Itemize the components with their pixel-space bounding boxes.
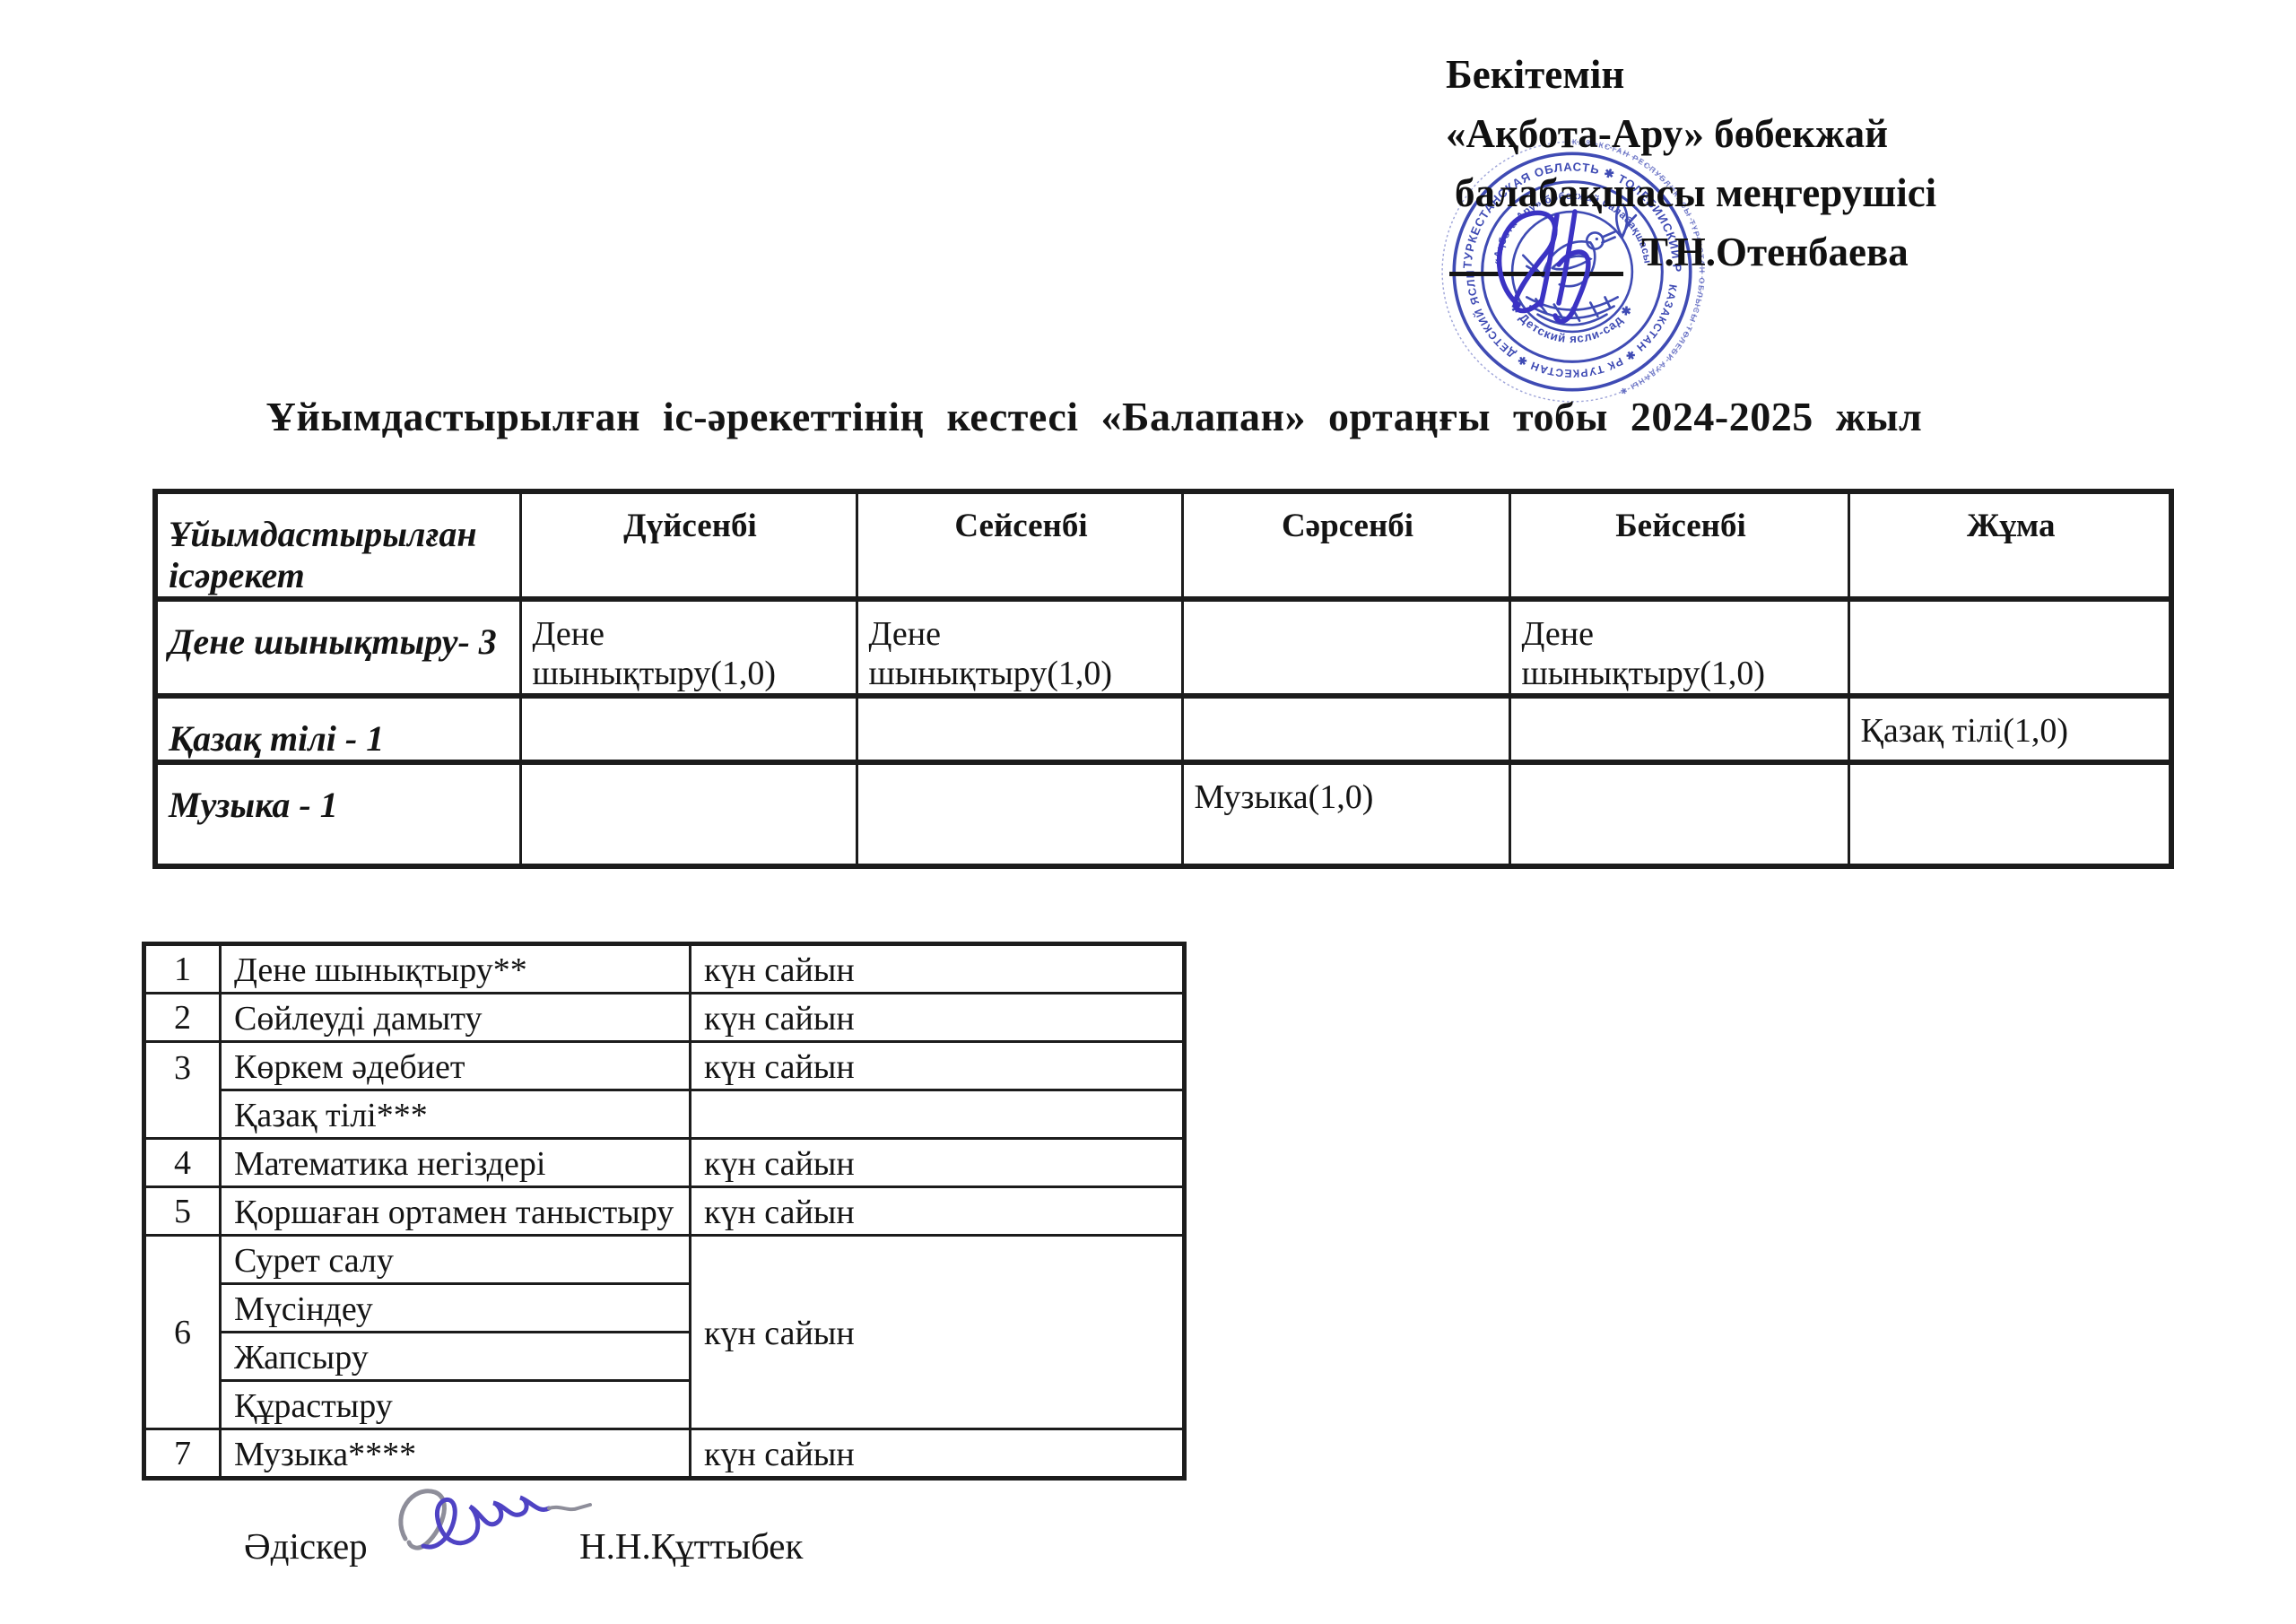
day-header-monday: Дүйсенбі: [520, 491, 857, 599]
frequency-cell: күн сайын: [691, 1236, 1185, 1429]
document-page: ТУРКЕСТАНСКАЯ ОБЛАСТЬ ✱ ТОЛЕБИИСКИЙ РАЙО…: [0, 0, 2296, 1624]
row-number: 6: [144, 1236, 221, 1429]
weekly-schedule-table: Ұйымдастырылған ісәрекет Дүйсенбі Сейсен…: [152, 489, 2174, 869]
table-row: 7 Музыка**** күн сайын: [144, 1429, 1185, 1479]
schedule-cell: [520, 696, 857, 762]
table-row: 4 Математика негіздері күн сайын: [144, 1139, 1185, 1187]
table-row: 5 Қоршаған ортамен таныстыру күн сайын: [144, 1187, 1185, 1236]
schedule-cell: Музыка(1,0): [1182, 762, 1509, 866]
table-row: 2 Сөйлеуді дамыту күн сайын: [144, 994, 1185, 1042]
schedule-cell: [1848, 599, 2171, 696]
frequency-cell: күн сайын: [691, 1187, 1185, 1236]
day-header-thursday: Бейсенбі: [1509, 491, 1848, 599]
day-header-tuesday: Сейсенбі: [857, 491, 1182, 599]
row-number: 2: [144, 994, 221, 1042]
table-header-row: Ұйымдастырылған ісәрекет Дүйсенбі Сейсен…: [155, 491, 2171, 599]
day-header-friday: Жұма: [1848, 491, 2171, 599]
activity-label: Дене шынықтыру- 3: [155, 599, 520, 696]
frequency-cell: [691, 1090, 1185, 1139]
approval-line-1: Бекітемін: [1446, 45, 1936, 104]
table-row: Қазақ тілі - 1 Қазақ тілі(1,0): [155, 696, 2171, 762]
table-row: Қазақ тілі***: [144, 1090, 1185, 1139]
schedule-cell: [1509, 696, 1848, 762]
schedule-cell: Дене шынықтыру(1,0): [520, 599, 857, 696]
table-row: 1 Дене шынықтыру** күн сайын: [144, 944, 1185, 994]
subject-cell: Сөйлеуді дамыту: [221, 994, 691, 1042]
row-number: 1: [144, 944, 221, 994]
daily-activities-table: 1 Дене шынықтыру** күн сайын 2 Сөйлеуді …: [142, 942, 1187, 1481]
row-number: 4: [144, 1139, 221, 1187]
table-row: 3 Көркем әдебиет күн сайын: [144, 1042, 1185, 1090]
subject-cell: Қоршаған ортамен таныстыру: [221, 1187, 691, 1236]
frequency-cell: күн сайын: [691, 1139, 1185, 1187]
schedule-cell: [857, 696, 1182, 762]
subject-cell: Көркем әдебиет: [221, 1042, 691, 1090]
schedule-cell: Қазақ тілі(1,0): [1848, 696, 2171, 762]
methodologist-role-label: Әдіскер: [244, 1524, 368, 1568]
subject-cell: Жапсыру: [221, 1333, 691, 1381]
subject-cell: Құрастыру: [221, 1381, 691, 1429]
schedule-cell: [1509, 762, 1848, 866]
schedule-cell: [1182, 696, 1509, 762]
schedule-cell: [1182, 599, 1509, 696]
approver-name: Т.Н.Отенбаева: [1641, 222, 1909, 282]
subject-cell: Дене шынықтыру**: [221, 944, 691, 994]
row-number: 7: [144, 1429, 221, 1479]
frequency-cell: күн сайын: [691, 944, 1185, 994]
schedule-cell: [857, 762, 1182, 866]
schedule-cell: Дене шынықтыру(1,0): [1509, 599, 1848, 696]
frequency-cell: күн сайын: [691, 994, 1185, 1042]
activity-column-header: Ұйымдастырылған ісәрекет: [155, 491, 520, 599]
schedule-cell: Дене шынықтыру(1,0): [857, 599, 1182, 696]
frequency-cell: күн сайын: [691, 1042, 1185, 1090]
row-number: 5: [144, 1187, 221, 1236]
activity-label: Музыка - 1: [155, 762, 520, 866]
approval-line-2: «Ақбота-Ару» бөбекжай: [1446, 104, 1936, 163]
day-header-wednesday: Сәрсенбі: [1182, 491, 1509, 599]
table-row: 6 Сурет салу күн сайын: [144, 1236, 1185, 1284]
approver-signature-icon: [1469, 179, 1644, 336]
row-number: 3: [144, 1042, 221, 1139]
schedule-cell: [1848, 762, 2171, 866]
methodologist-name: Н.Н.Құттыбек: [579, 1524, 803, 1568]
schedule-cell: [520, 762, 857, 866]
activity-label: Қазақ тілі - 1: [155, 696, 520, 762]
subject-cell: Сурет салу: [221, 1236, 691, 1284]
subject-cell: Мүсіндеу: [221, 1284, 691, 1333]
methodologist-signature-icon: [386, 1467, 604, 1578]
subject-cell: Математика негіздері: [221, 1139, 691, 1187]
table-row: Дене шынықтыру- 3 Дене шынықтыру(1,0) Де…: [155, 599, 2171, 696]
table-row: Музыка - 1 Музыка(1,0): [155, 762, 2171, 866]
subject-cell: Қазақ тілі***: [221, 1090, 691, 1139]
frequency-cell: күн сайын: [691, 1429, 1185, 1479]
page-title: Ұйымдастырылған іс-әрекеттінің кестесі «…: [0, 393, 2188, 440]
